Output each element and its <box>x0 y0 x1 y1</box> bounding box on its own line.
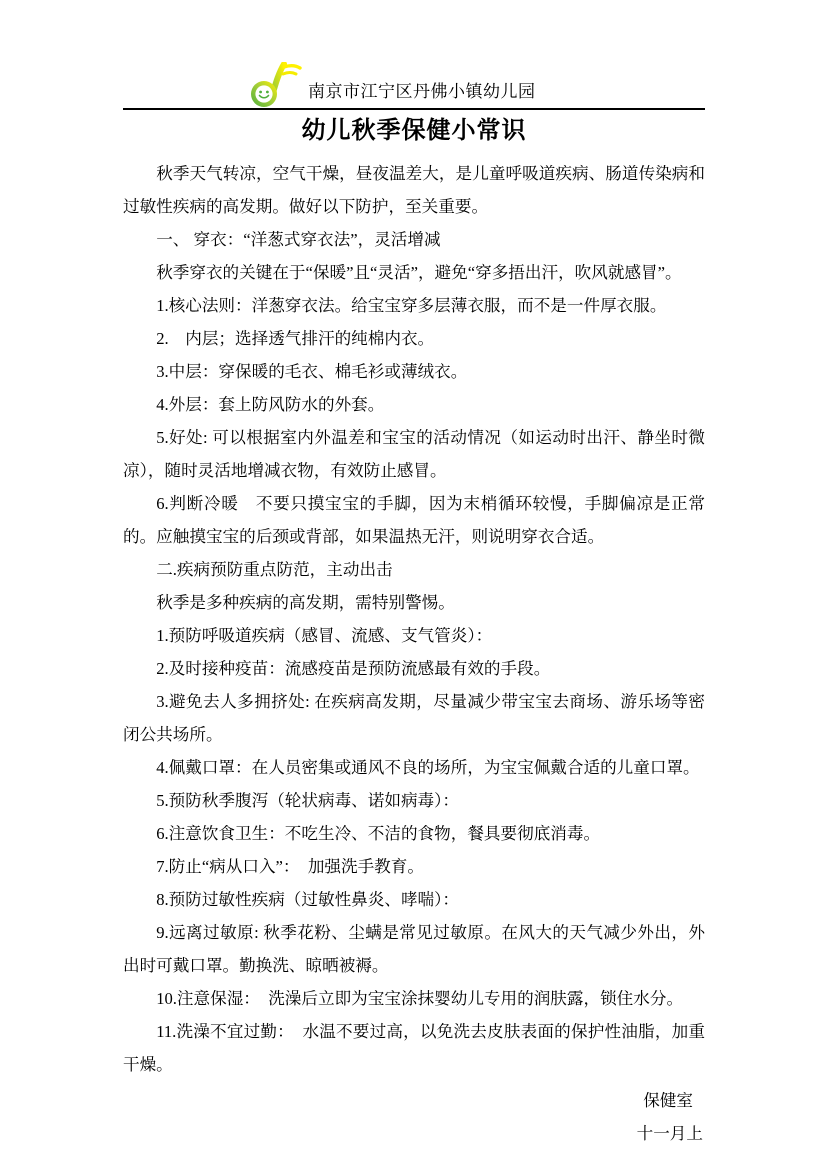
paragraph: 10.注意保湿： 洗澡后立即为宝宝涂抹婴幼儿专用的润肤露，锁住水分。 <box>123 982 705 1015</box>
paragraph: 5.预防秋季腹泻（轮状病毒、诺如病毒）： <box>123 784 705 817</box>
kindergarten-logo-icon <box>250 62 302 108</box>
paragraph: 秋季天气转凉，空气干燥，昼夜温差大，是儿童呼吸道疾病、肠道传染病和过敏性疾病的高… <box>123 157 705 223</box>
document-header: 南京市江宁区丹佛小镇幼儿园 <box>123 62 705 108</box>
paragraph: 3.中层：穿保暖的毛衣、棉毛衫或薄绒衣。 <box>123 355 705 388</box>
paragraph: 二.疾病预防重点防范，主动出击 <box>123 553 705 586</box>
paragraph: 1.核心法则：洋葱穿衣法。给宝宝穿多层薄衣服，而不是一件厚衣服。 <box>123 289 705 322</box>
paragraph: 2. 内层；选择透气排汗的纯棉内衣。 <box>123 322 705 355</box>
paragraph: 一、 穿衣：“洋葱式穿衣法”，灵活增减 <box>123 223 705 256</box>
header-logo-group: 南京市江宁区丹佛小镇幼儿园 <box>250 62 536 108</box>
paragraph: 6.判断冷暖 不要只摸宝宝的手脚，因为末梢循环较慢，手脚偏凉是正常的。应触摸宝宝… <box>123 487 705 553</box>
signature-block: 保健室 十一月上 <box>123 1084 705 1150</box>
page-title: 幼儿秋季保健小常识 <box>123 115 705 145</box>
paragraph: 9.远离过敏原: 秋季花粉、尘螨是常见过敏原。在风大的天气减少外出，外出时可戴口… <box>123 916 705 982</box>
paragraph: 7.防止“病从口入”： 加强洗手教育。 <box>123 850 705 883</box>
paragraph: 4.外层：套上防风防水的外套。 <box>123 388 705 421</box>
document-page: 南京市江宁区丹佛小镇幼儿园 幼儿秋季保健小常识 秋季天气转凉，空气干燥，昼夜温差… <box>0 0 827 1170</box>
paragraph: 2.及时接种疫苗：流感疫苗是预防流感最有效的手段。 <box>123 652 705 685</box>
paragraph: 3.避免去人多拥挤处: 在疾病高发期，尽量减少带宝宝去商场、游乐场等密闭公共场所… <box>123 685 705 751</box>
paragraph: 秋季穿衣的关键在于“保暖”且“灵活”，避免“穿多捂出汗，吹风就感冒”。 <box>123 256 705 289</box>
paragraph: 11.洗澡不宜过勤： 水温不要过高，以免洗去皮肤表面的保护性油脂，加重干燥。 <box>123 1015 705 1081</box>
document-body: 秋季天气转凉，空气干燥，昼夜温差大，是儿童呼吸道疾病、肠道传染病和过敏性疾病的高… <box>123 157 705 1150</box>
header-divider <box>123 108 705 110</box>
signature-date: 十一月上 <box>123 1117 705 1150</box>
signature-department: 保健室 <box>123 1084 705 1117</box>
paragraph: 秋季是多种疾病的高发期，需特别警惕。 <box>123 586 705 619</box>
paragraph: 8.预防过敏性疾病（过敏性鼻炎、哮喘）： <box>123 883 705 916</box>
school-name: 南京市江宁区丹佛小镇幼儿园 <box>308 80 536 108</box>
paragraph: 1.预防呼吸道疾病（感冒、流感、支气管炎）： <box>123 619 705 652</box>
paragraph: 4.佩戴口罩：在人员密集或通风不良的场所，为宝宝佩戴合适的儿童口罩。 <box>123 751 705 784</box>
paragraph: 6.注意饮食卫生：不吃生冷、不洁的食物，餐具要彻底消毒。 <box>123 817 705 850</box>
paragraph: 5.好处: 可以根据室内外温差和宝宝的活动情况（如运动时出汗、静坐时微凉），随时… <box>123 421 705 487</box>
